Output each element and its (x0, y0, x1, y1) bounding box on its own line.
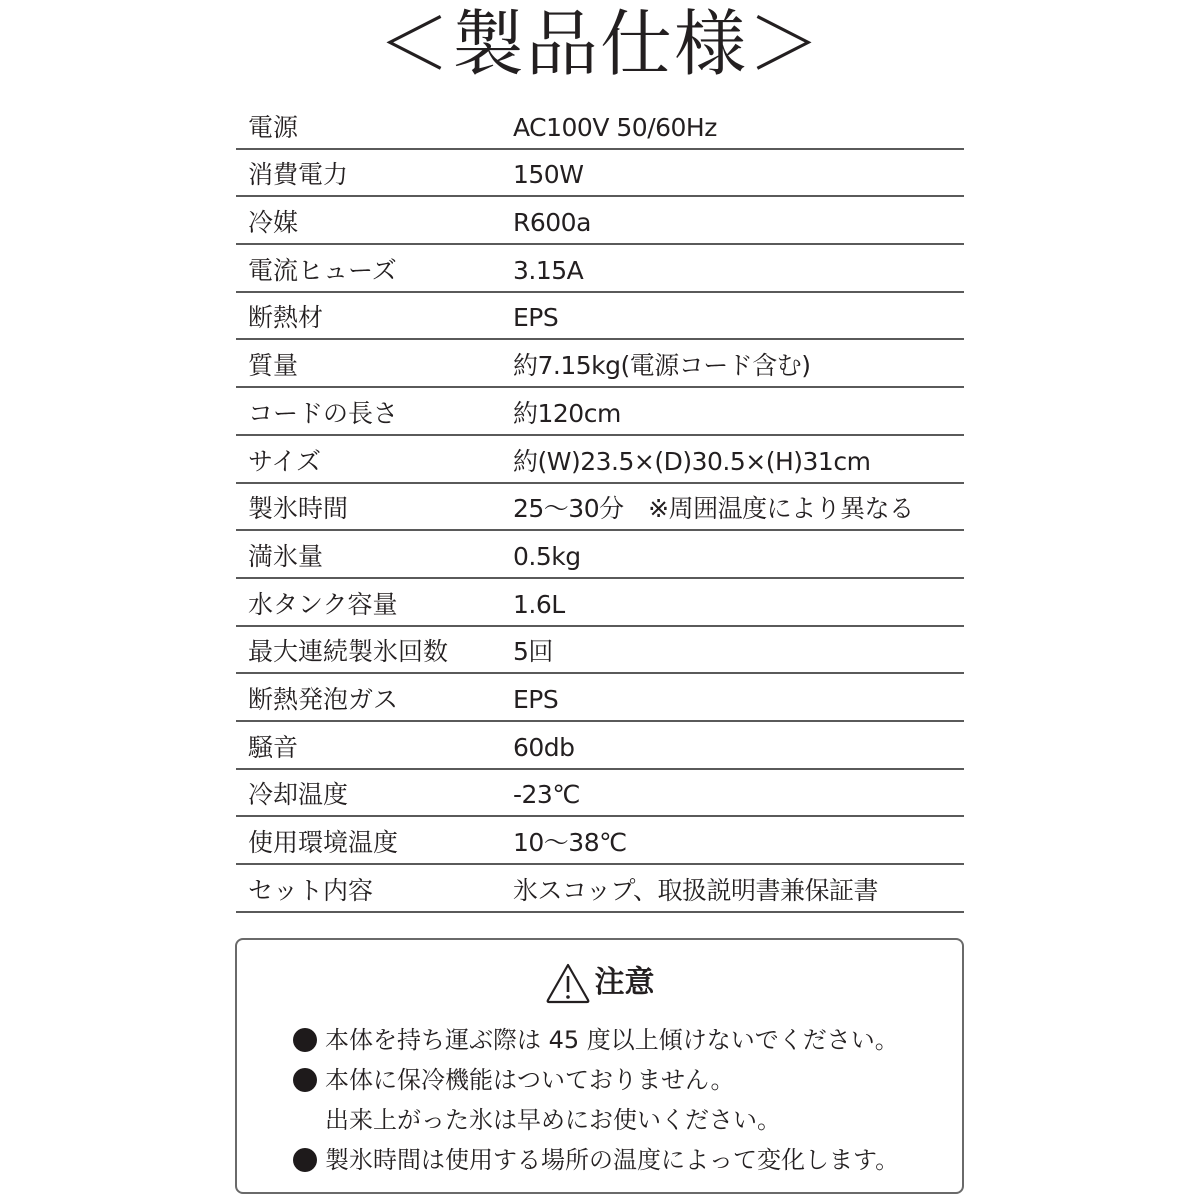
spec-label: 使用環境温度 (236, 828, 513, 863)
spec-value: 0.5kg (513, 542, 964, 577)
spec-table: 電源 AC100V 50/60Hz 消費電力 150W 冷媒 R600a 電流ヒ… (236, 102, 964, 913)
spec-row-power-consumption: 消費電力 150W (236, 150, 964, 198)
spec-value: 3.15A (513, 256, 964, 291)
spec-value: 1.6L (513, 590, 964, 625)
spec-row-ice-making-time: 製氷時間 25～30分 ※周囲温度により異なる (236, 484, 964, 532)
caution-item-continuation: 出来上がった氷は早めにお使いください。 (293, 1100, 952, 1140)
spec-label: セット内容 (236, 876, 513, 911)
spec-label: 冷媒 (236, 208, 513, 243)
spec-value: AC100V 50/60Hz (513, 113, 964, 148)
spec-value: EPS (513, 685, 964, 720)
caution-text: 製氷時間は使用する場所の温度によって変化します。 (325, 1140, 899, 1180)
warning-triangle-icon (545, 962, 591, 1004)
spec-label: 満氷量 (236, 542, 513, 577)
spec-label: 騒音 (236, 733, 513, 768)
spec-value: 約120cm (513, 399, 964, 434)
bullet-icon (293, 1148, 317, 1172)
spec-label: 製氷時間 (236, 494, 513, 529)
spec-value: 60db (513, 733, 964, 768)
spec-row-full-ice-amount: 満氷量 0.5kg (236, 531, 964, 579)
caution-header: 注意 (237, 962, 962, 1004)
bullet-icon (293, 1028, 317, 1052)
spec-row-cord-length: コードの長さ 約120cm (236, 388, 964, 436)
spec-label: コードの長さ (236, 399, 513, 434)
spec-label: 質量 (236, 351, 513, 386)
caution-text: 出来上がった氷は早めにお使いください。 (325, 1100, 781, 1140)
spec-value: 25～30分 ※周囲温度により異なる (513, 494, 964, 529)
spec-label: 電源 (236, 113, 513, 148)
spec-value: 150W (513, 160, 964, 195)
caution-text: 本体に保冷機能はついておりません。 (325, 1060, 734, 1100)
spec-label: 断熱発泡ガス (236, 685, 513, 720)
spec-row-operating-temp: 使用環境温度 10～38℃ (236, 817, 964, 865)
spec-row-weight: 質量 約7.15kg(電源コード含む) (236, 340, 964, 388)
spec-label: 冷却温度 (236, 780, 513, 815)
spec-value: 約7.15kg(電源コード含む) (513, 351, 964, 386)
spec-row-contents: セット内容 氷スコップ、取扱説明書兼保証書 (236, 865, 964, 913)
spec-value: 氷スコップ、取扱説明書兼保証書 (513, 876, 964, 911)
page-title: ＜製品仕様＞ (0, 2, 1200, 86)
caution-item: 本体を持ち運ぶ際は 45 度以上傾けないでください。 (293, 1020, 952, 1060)
spec-value: -23℃ (513, 780, 964, 815)
spec-value: 約(W)23.5×(D)30.5×(H)31cm (513, 447, 964, 482)
spec-row-power-source: 電源 AC100V 50/60Hz (236, 102, 964, 150)
bullet-icon (293, 1068, 317, 1092)
spec-value: 5回 (513, 637, 964, 672)
spec-row-tank-capacity: 水タンク容量 1.6L (236, 579, 964, 627)
caution-item: 製氷時間は使用する場所の温度によって変化します。 (293, 1140, 952, 1180)
spec-row-foam-gas: 断熱発泡ガス EPS (236, 674, 964, 722)
spec-label: 最大連続製氷回数 (236, 637, 513, 672)
spec-row-size: サイズ 約(W)23.5×(D)30.5×(H)31cm (236, 436, 964, 484)
spec-label: サイズ (236, 447, 513, 482)
caution-box: 注意 本体を持ち運ぶ際は 45 度以上傾けないでください。 本体に保冷機能はつい… (235, 938, 964, 1194)
caution-text: 本体を持ち運ぶ際は 45 度以上傾けないでください。 (325, 1020, 899, 1060)
spec-row-cooling-temp: 冷却温度 -23℃ (236, 770, 964, 818)
spec-label: 断熱材 (236, 303, 513, 338)
spec-row-max-cycles: 最大連続製氷回数 5回 (236, 627, 964, 675)
spec-row-noise: 騒音 60db (236, 722, 964, 770)
spec-label: 消費電力 (236, 160, 513, 195)
spec-row-insulation: 断熱材 EPS (236, 293, 964, 341)
caution-item: 本体に保冷機能はついておりません。 (293, 1060, 952, 1100)
spec-value: R600a (513, 208, 964, 243)
caution-title: 注意 (595, 963, 655, 1003)
spec-label: 水タンク容量 (236, 590, 513, 625)
spec-row-fuse: 電流ヒューズ 3.15A (236, 245, 964, 293)
spec-label: 電流ヒューズ (236, 256, 513, 291)
spec-value: 10～38℃ (513, 828, 964, 863)
spec-value: EPS (513, 303, 964, 338)
caution-list: 本体を持ち運ぶ際は 45 度以上傾けないでください。 本体に保冷機能はついており… (293, 1020, 952, 1180)
spec-row-refrigerant: 冷媒 R600a (236, 197, 964, 245)
